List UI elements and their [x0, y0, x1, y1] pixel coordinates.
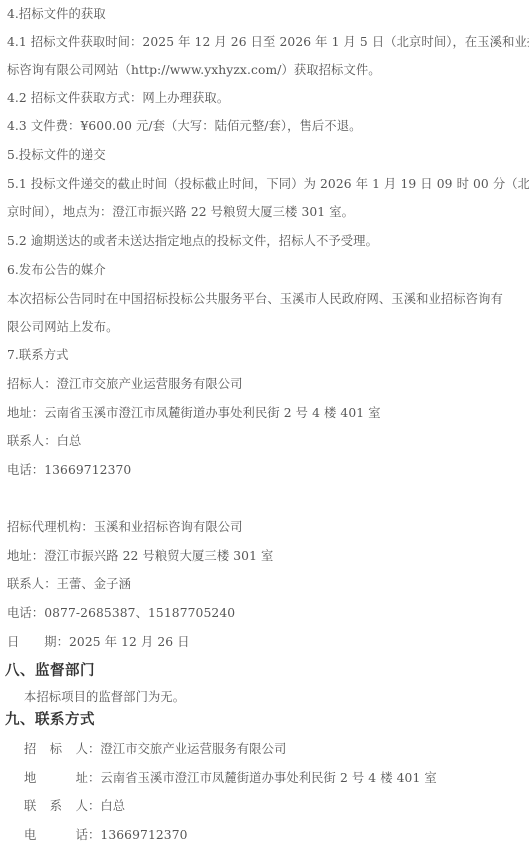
date-label: 日 期：: [7, 635, 69, 649]
contact-label: 地 址: [24, 770, 88, 786]
section-6-title: 6.发布公告的媒介: [7, 262, 106, 278]
contact-value: 云南省玉溪市澄江市凤麓街道办事处利民街 2 号 4 楼 401 室: [100, 771, 436, 785]
agency-contact-line: 联系人：王蕾、金子涵: [7, 576, 131, 592]
contact-row-phone: 电 话：13669712370: [24, 827, 188, 843]
date-line: 日 期：2025 年 12 月 26 日: [7, 634, 190, 650]
tenderer-line: 招标人：澄江市交旅产业运营服务有限公司: [7, 376, 243, 392]
section-9-heading: 九、联系方式: [5, 711, 95, 729]
section-5-1-line-2: 京时间），地点为：澄江市振兴路 22 号粮贸大厦三楼 301 室。: [7, 204, 354, 220]
section-8-heading: 八、监督部门: [5, 662, 95, 680]
contact-label: 电 话: [24, 827, 88, 843]
section-4-1-line-1: 4.1 招标文件获取时间：2025 年 12 月 26 日至 2026 年 1 …: [7, 34, 529, 50]
agency-phone-line: 电话：0877-2685387、15187705240: [7, 605, 235, 621]
section-4-2: 4.2 招标文件获取方式：网上办理获取。: [7, 90, 229, 106]
contact-row-address: 地 址：云南省玉溪市澄江市凤麓街道办事处利民街 2 号 4 楼 401 室: [24, 770, 437, 786]
contact-label: 联 系 人: [24, 798, 88, 814]
contact-value: 13669712370: [100, 828, 187, 842]
tenderer-phone-line: 电话：13669712370: [7, 462, 131, 478]
contact-value: 白总: [100, 799, 125, 813]
section-5-1-line-1: 5.1 投标文件递交的截止时间（投标截止时间，下同）为 2026 年 1 月 1…: [7, 176, 529, 192]
agency-line: 招标代理机构：玉溪和业招标咨询有限公司: [7, 519, 243, 535]
contact-row-tenderer: 招 标 人：澄江市交旅产业运营服务有限公司: [24, 741, 286, 757]
section-4-3: 4.3 文件费：¥600.00 元/套（大写：陆佰元整/套），售后不退。: [7, 118, 362, 134]
section-4-1-line-2: 标咨询有限公司网站（http://www.yxhyzx.com/）获取招标文件。: [7, 62, 381, 78]
section-8-body: 本招标项目的监督部门为无。: [24, 689, 185, 705]
section-5-2: 5.2 逾期送达的或者未送达指定地点的投标文件，招标人不予受理。: [7, 233, 378, 249]
section-5-title: 5.投标文件的递交: [7, 147, 106, 163]
contact-value: 澄江市交旅产业运营服务有限公司: [100, 742, 286, 756]
agency-address-line: 地址：澄江市振兴路 22 号粮贸大厦三楼 301 室: [7, 548, 273, 564]
tenderer-address-line: 地址：云南省玉溪市澄江市凤麓街道办事处利民街 2 号 4 楼 401 室: [7, 405, 381, 421]
section-4-title: 4.招标文件的获取: [7, 6, 106, 22]
contact-row-contact-person: 联 系 人：白总: [24, 798, 125, 814]
contact-label: 招 标 人: [24, 741, 88, 757]
section-6-line-1: 本次招标公告同时在中国招标投标公共服务平台、玉溪市人民政府网、玉溪和业招标咨询有: [7, 291, 503, 307]
date-value: 2025 年 12 月 26 日: [69, 635, 190, 649]
section-7-title: 7.联系方式: [7, 347, 69, 363]
section-6-line-2: 限公司网站上发布。: [7, 319, 119, 335]
tenderer-contact-line: 联系人：白总: [7, 433, 81, 449]
